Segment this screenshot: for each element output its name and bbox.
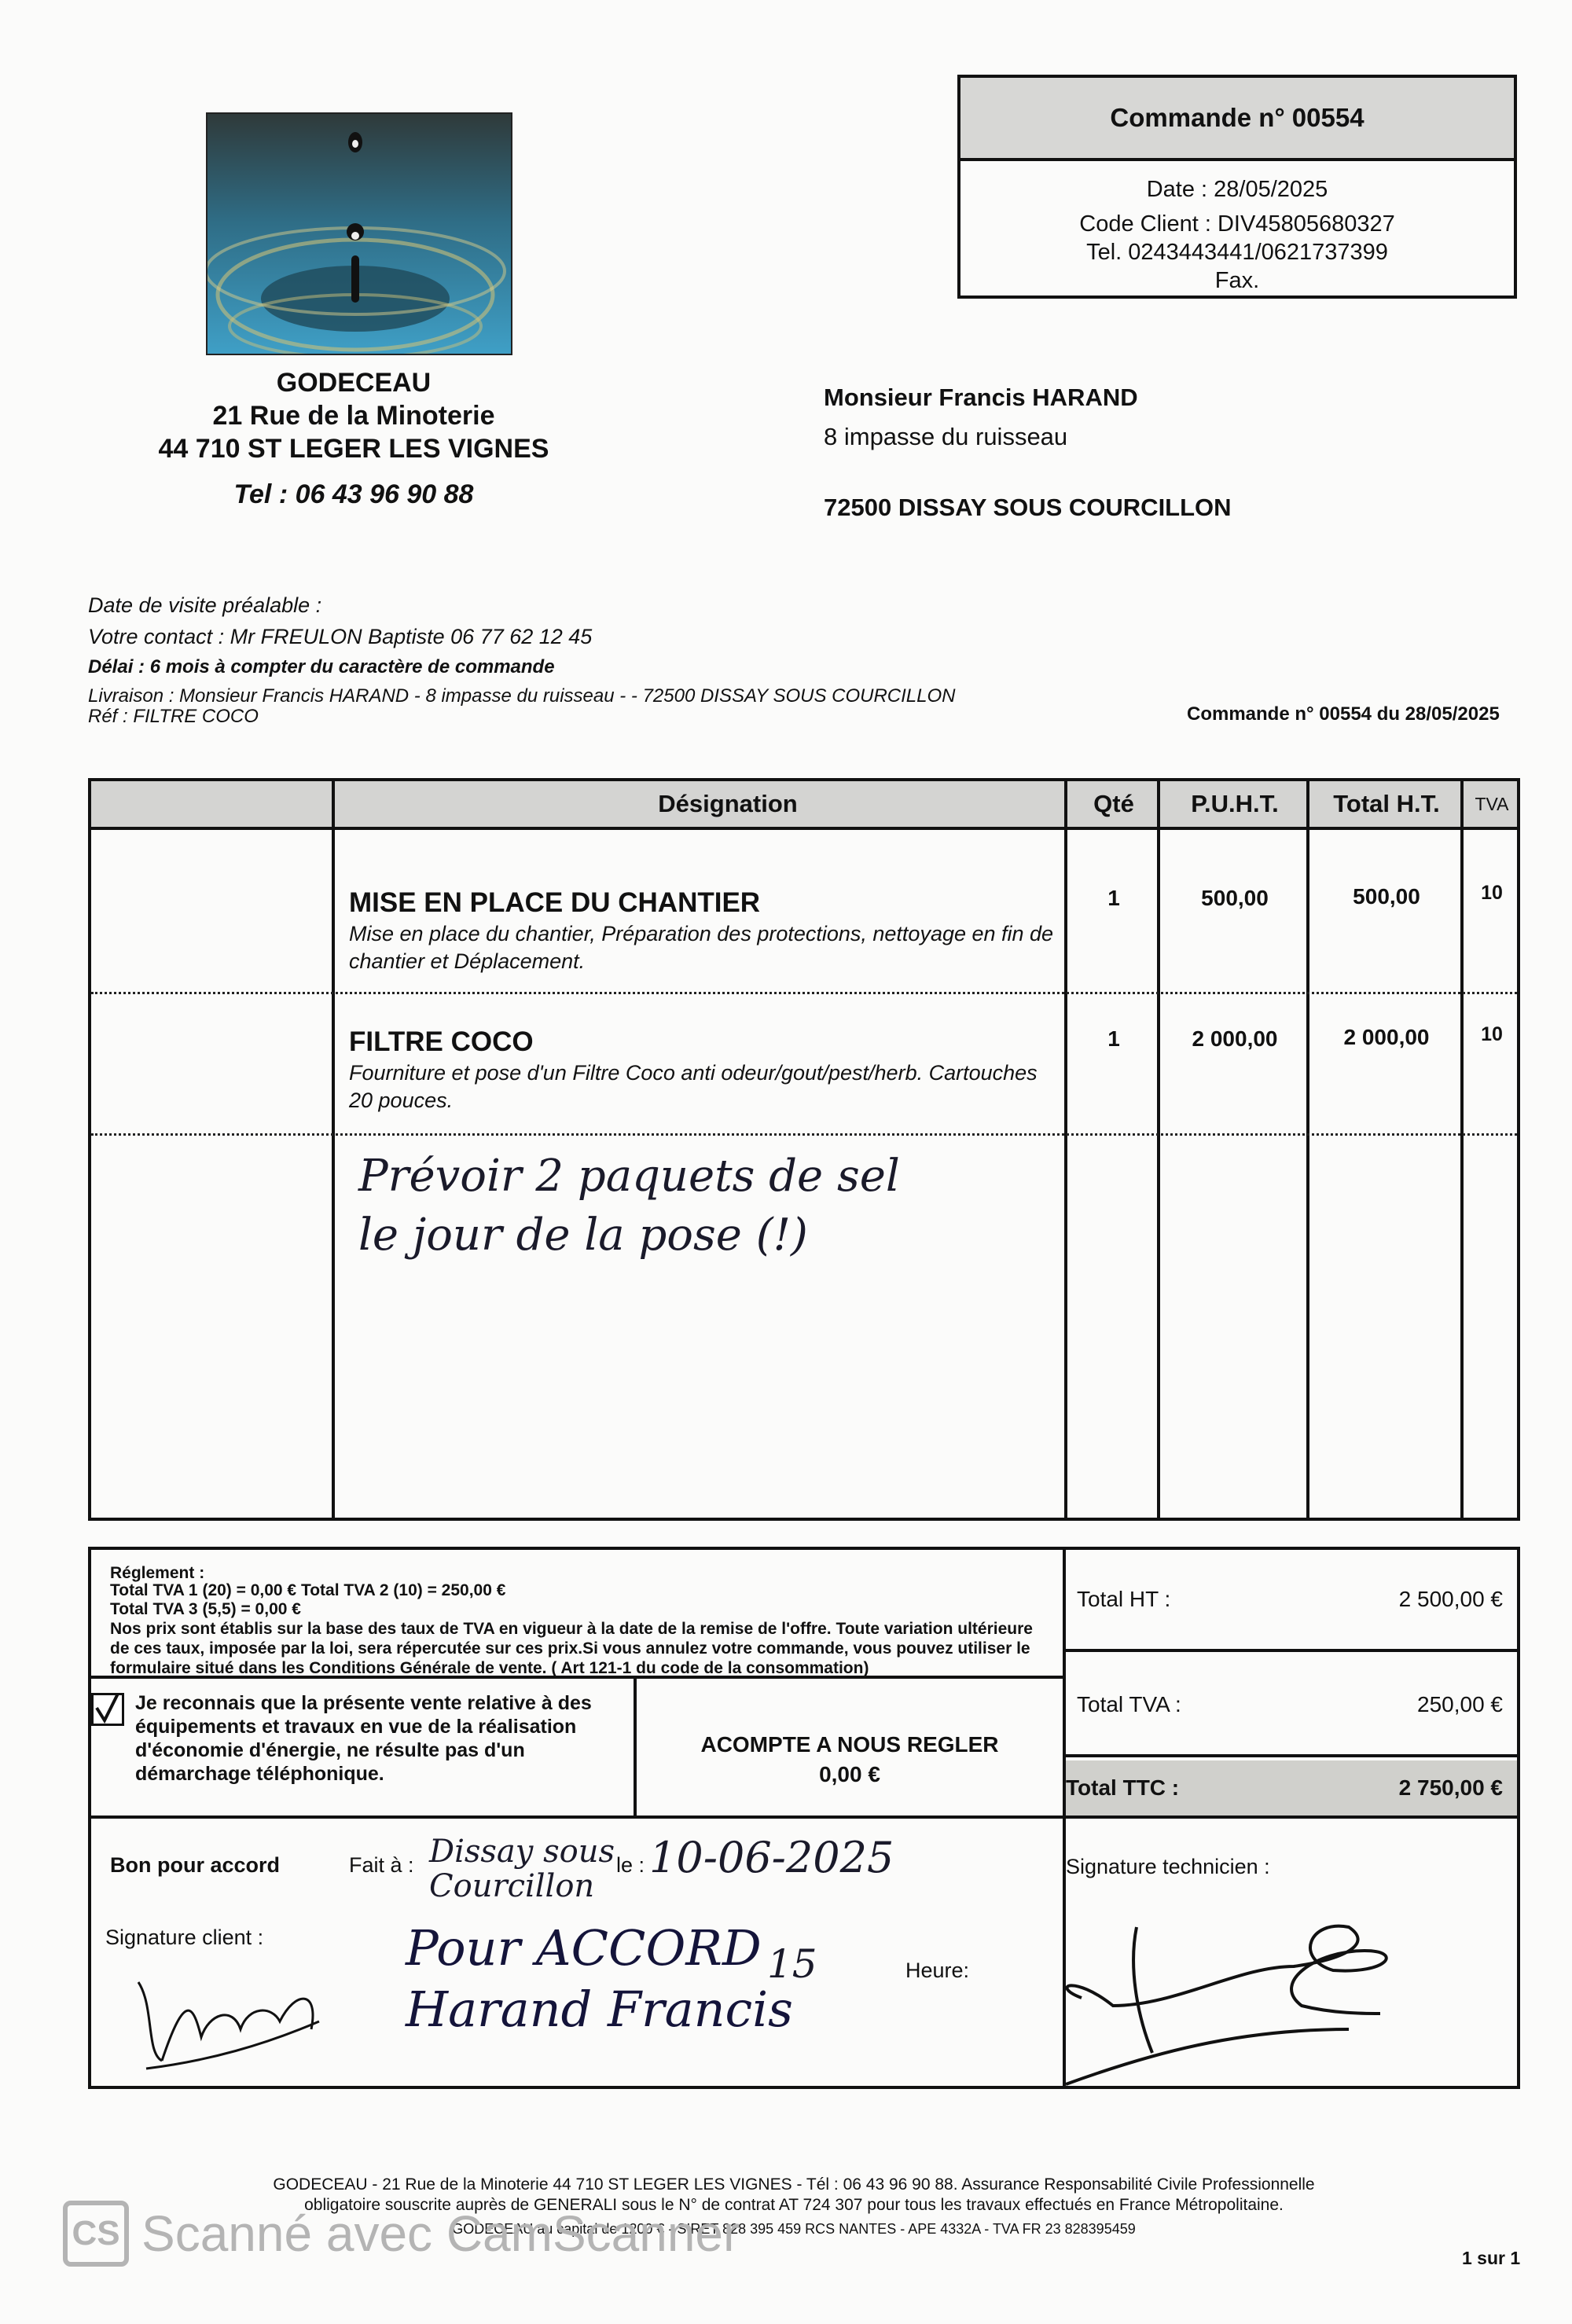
item-description: Mise en place du chantier, Préparation d…	[349, 920, 1056, 975]
order-number-title: Commande n° 00554	[960, 78, 1514, 161]
table-header: Désignation Qté P.U.H.T. Total H.T. TVA	[91, 781, 1517, 830]
item-unit-price: 500,00	[1160, 886, 1309, 911]
item-total: 2 000,00	[1309, 1025, 1464, 1050]
totals-box: Total HT : 2 500,00 € Total TVA : 250,00…	[1063, 1550, 1517, 1816]
client-handwritten-name: Harand Francis	[406, 1981, 793, 2038]
hour-label: Heure:	[905, 1959, 969, 1983]
camscanner-logo-icon: CS	[63, 2201, 129, 2267]
total-ttc-label: Total TTC :	[1066, 1775, 1179, 1801]
total-tva-value: 250,00 €	[1417, 1692, 1503, 1717]
handwritten-note: Prévoir 2 paquets de sel	[358, 1151, 900, 1202]
item-total: 500,00	[1309, 884, 1464, 909]
total-ht-value: 2 500,00 €	[1399, 1587, 1503, 1612]
payment-section: Réglement : Total TVA 1 (20) = 0,00 € To…	[88, 1547, 1520, 2089]
order-reference: Commande n° 00554 du 28/05/2025	[1187, 703, 1500, 725]
item-qty: 1	[1067, 1026, 1160, 1052]
deposit-value: 0,00 €	[637, 1762, 1063, 1787]
client-handwritten-agreement: Pour ACCORD	[406, 1919, 762, 1977]
order-box: Commande n° 00554 Date : 28/05/2025 Code…	[957, 75, 1517, 299]
item-unit-price: 2 000,00	[1160, 1026, 1309, 1052]
header-unit-price: P.U.H.T.	[1160, 781, 1309, 827]
client-phone: Tel. 0243443441/0621737399	[960, 238, 1514, 266]
tva-breakdown-2: Total TVA 3 (5,5) = 0,00 €	[110, 1600, 301, 1619]
header-total: Total H.T.	[1309, 781, 1464, 827]
total-ht-label: Total HT :	[1077, 1587, 1170, 1612]
delivery-address: Livraison : Monsieur Francis HARAND - 8 …	[88, 685, 956, 707]
handwritten-note: le jour de la pose (!)	[358, 1210, 808, 1261]
company-name: GODECEAU	[102, 368, 605, 398]
footer-line-1: GODECEAU - 21 Rue de la Minoterie 44 710…	[126, 2175, 1462, 2194]
place-label: Fait à :	[349, 1853, 414, 1878]
deposit-label: ACOMPTE A NOUS REGLER	[637, 1732, 1063, 1757]
item-tva: 10	[1464, 882, 1520, 905]
water-drop-icon	[208, 114, 511, 354]
item-qty: 1	[1067, 886, 1160, 911]
client-city: 72500 DISSAY SOUS COURCILLON	[824, 494, 1232, 522]
total-tva-label: Total TVA :	[1077, 1692, 1181, 1717]
client-signature-label: Signature client :	[105, 1926, 263, 1950]
client-code: Code Client : DIV45805680327	[960, 210, 1514, 238]
header-tva: TVA	[1464, 781, 1520, 827]
page-number: 1 sur 1	[1462, 2248, 1520, 2269]
items-table: Désignation Qté P.U.H.T. Total H.T. TVA …	[88, 778, 1520, 1521]
visit-date: Date de visite préalable :	[88, 593, 321, 618]
checkmark-icon	[94, 1695, 122, 1724]
reference: Réf : FILTRE COCO	[88, 706, 259, 728]
technician-signature-label: Signature technicien :	[1066, 1855, 1270, 1879]
company-phone: Tel : 06 43 96 90 88	[102, 479, 605, 510]
header-qty: Qté	[1067, 781, 1160, 827]
acknowledgement-checkbox[interactable]	[91, 1693, 124, 1726]
item-description: Fourniture et pose d'un Filtre Coco anti…	[349, 1059, 1056, 1114]
tva-breakdown-1: Total TVA 1 (20) = 0,00 € Total TVA 2 (1…	[110, 1581, 505, 1600]
acknowledgement-text: Je reconnais que la présente vente relat…	[135, 1691, 607, 1786]
technician-signature-icon	[1034, 1896, 1475, 2092]
payment-title: Réglement :	[110, 1564, 204, 1583]
client-name: Monsieur Francis HARAND	[824, 384, 1138, 412]
order-date: Date : 28/05/2025	[960, 175, 1514, 204]
date-label: le :	[616, 1853, 645, 1878]
company-logo	[206, 112, 512, 355]
date-handwritten: 10-06-2025	[649, 1833, 894, 1882]
client-signature-icon	[123, 1959, 343, 2076]
client-fax: Fax.	[960, 266, 1514, 295]
total-ttc-value: 2 750,00 €	[1399, 1775, 1503, 1801]
delay: Délai : 6 mois à compter du caractère de…	[88, 656, 555, 678]
company-street: 21 Rue de la Minoterie	[102, 401, 605, 431]
contact: Votre contact : Mr FREULON Baptiste 06 7…	[88, 625, 592, 649]
hour-handwritten: 15	[767, 1941, 817, 1987]
item-tva: 10	[1464, 1023, 1520, 1046]
company-city: 44 710 ST LEGER LES VIGNES	[102, 434, 605, 464]
camscanner-watermark: CS Scanné avec CamScanner	[63, 2201, 740, 2267]
client-address: 8 impasse du ruisseau	[824, 423, 1067, 451]
header-designation: Désignation	[335, 781, 1121, 827]
item-title: FILTRE COCO	[349, 1026, 534, 1058]
agreement-label: Bon pour accord	[110, 1853, 280, 1878]
watermark-text: Scanné avec CamScanner	[141, 2205, 740, 2263]
item-title: MISE EN PLACE DU CHANTIER	[349, 887, 760, 919]
legal-notice: Nos prix sont établis sur la base des ta…	[110, 1619, 1053, 1678]
